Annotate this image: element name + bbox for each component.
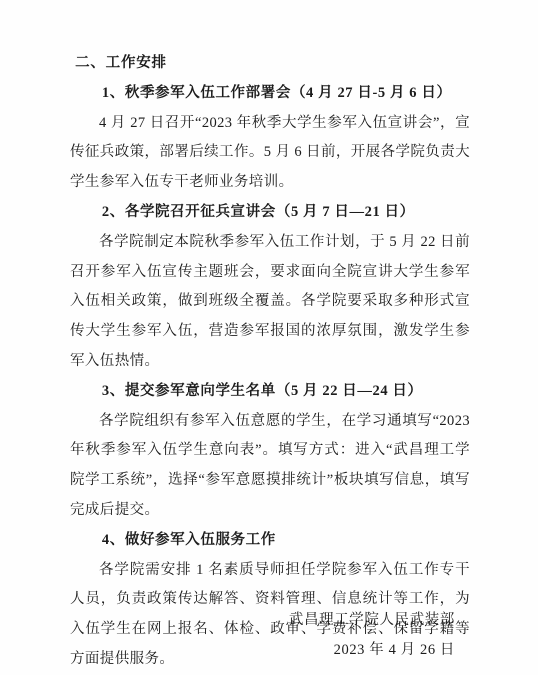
item-3-paragraph: 各学院组织有参军入伍意愿的学生，在学习通填写“2023 年秋季参军入伍学生意向表…	[70, 407, 470, 526]
item-4-heading: 4、做好参军入伍服务工作	[70, 526, 470, 556]
item-2-paragraph: 各学院制定本院秋季参军入伍工作计划，于 5 月 22 日前召开参军入伍宣传主题班…	[70, 228, 470, 377]
section-title: 二、工作安排	[70, 49, 470, 79]
document-page: 二、工作安排 1、秋季参军入伍工作部署会（4 月 27 日-5 月 6 日） 4…	[0, 0, 538, 675]
document-body: 二、工作安排 1、秋季参军入伍工作部署会（4 月 27 日-5 月 6 日） 4…	[0, 0, 538, 675]
signature-org: 武昌理工学院人民武装部	[0, 606, 538, 636]
item-3-heading: 3、提交参军意向学生名单（5 月 22 日—24 日）	[70, 377, 470, 407]
signature-date: 2023 年 4 月 26 日	[0, 636, 538, 666]
item-2-heading: 2、各学院召开征兵宣讲会（5 月 7 日—21 日）	[70, 198, 470, 228]
item-1-paragraph: 4 月 27 日召开“2023 年秋季大学生参军入伍宣讲会”，宣传征兵政策，部署…	[70, 109, 470, 198]
signature-block: 武昌理工学院人民武装部 2023 年 4 月 26 日	[0, 606, 538, 666]
item-1-heading: 1、秋季参军入伍工作部署会（4 月 27 日-5 月 6 日）	[70, 79, 470, 109]
